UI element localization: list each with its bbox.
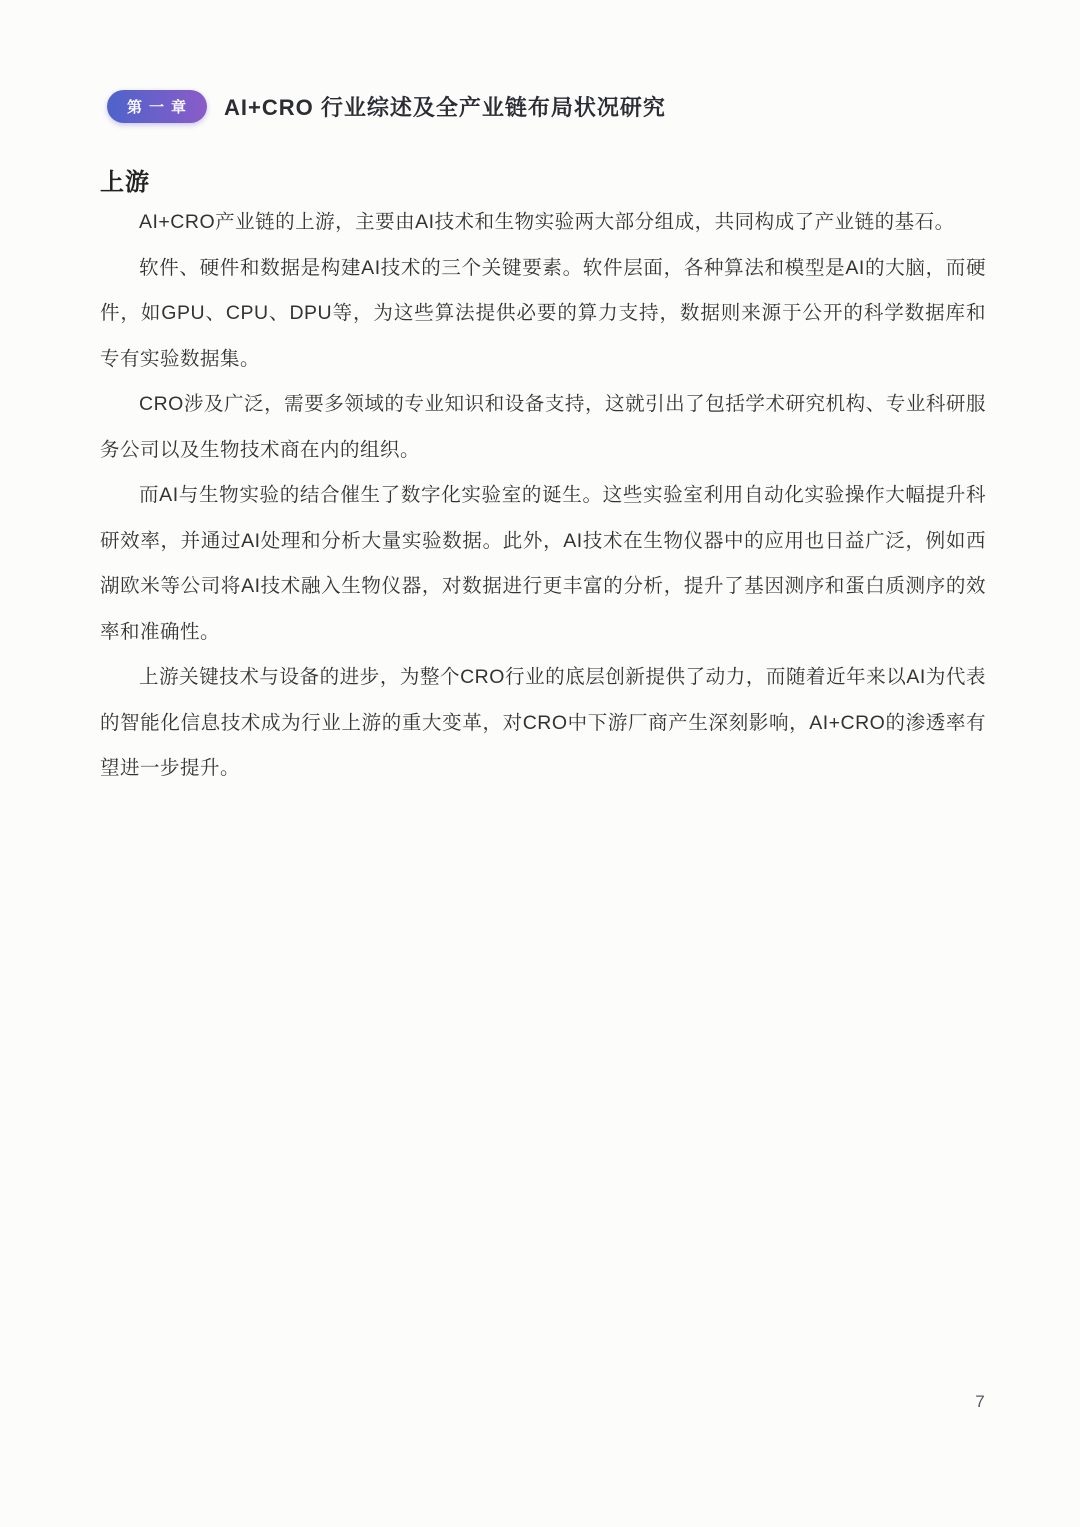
- page-number: 7: [950, 1392, 1010, 1412]
- paragraph: 而AI与生物实验的结合催生了数字化实验室的诞生。这些实验室利用自动化实验操作大幅…: [100, 473, 986, 655]
- paragraph: 软件、硬件和数据是构建AI技术的三个关键要素。软件层面，各种算法和模型是AI的大…: [100, 246, 986, 383]
- chapter-header: 第一章 AI+CRO 行业综述及全产业链布局状况研究: [107, 90, 666, 123]
- paragraph: 上游关键技术与设备的进步，为整个CRO行业的底层创新提供了动力，而随着近年来以A…: [100, 655, 986, 792]
- section-heading-upstream: 上游: [100, 162, 150, 197]
- chapter-badge: 第一章: [107, 90, 207, 123]
- body-text: AI+CRO产业链的上游，主要由AI技术和生物实验两大部分组成，共同构成了产业链…: [100, 200, 986, 792]
- chapter-title: AI+CRO 行业综述及全产业链布局状况研究: [224, 91, 666, 122]
- paragraph: CRO涉及广泛，需要多领域的专业知识和设备支持，这就引出了包括学术研究机构、专业…: [100, 382, 986, 473]
- paragraph: AI+CRO产业链的上游，主要由AI技术和生物实验两大部分组成，共同构成了产业链…: [100, 200, 986, 246]
- document-page: 第一章 AI+CRO 行业综述及全产业链布局状况研究 上游 AI+CRO产业链的…: [0, 0, 1080, 1527]
